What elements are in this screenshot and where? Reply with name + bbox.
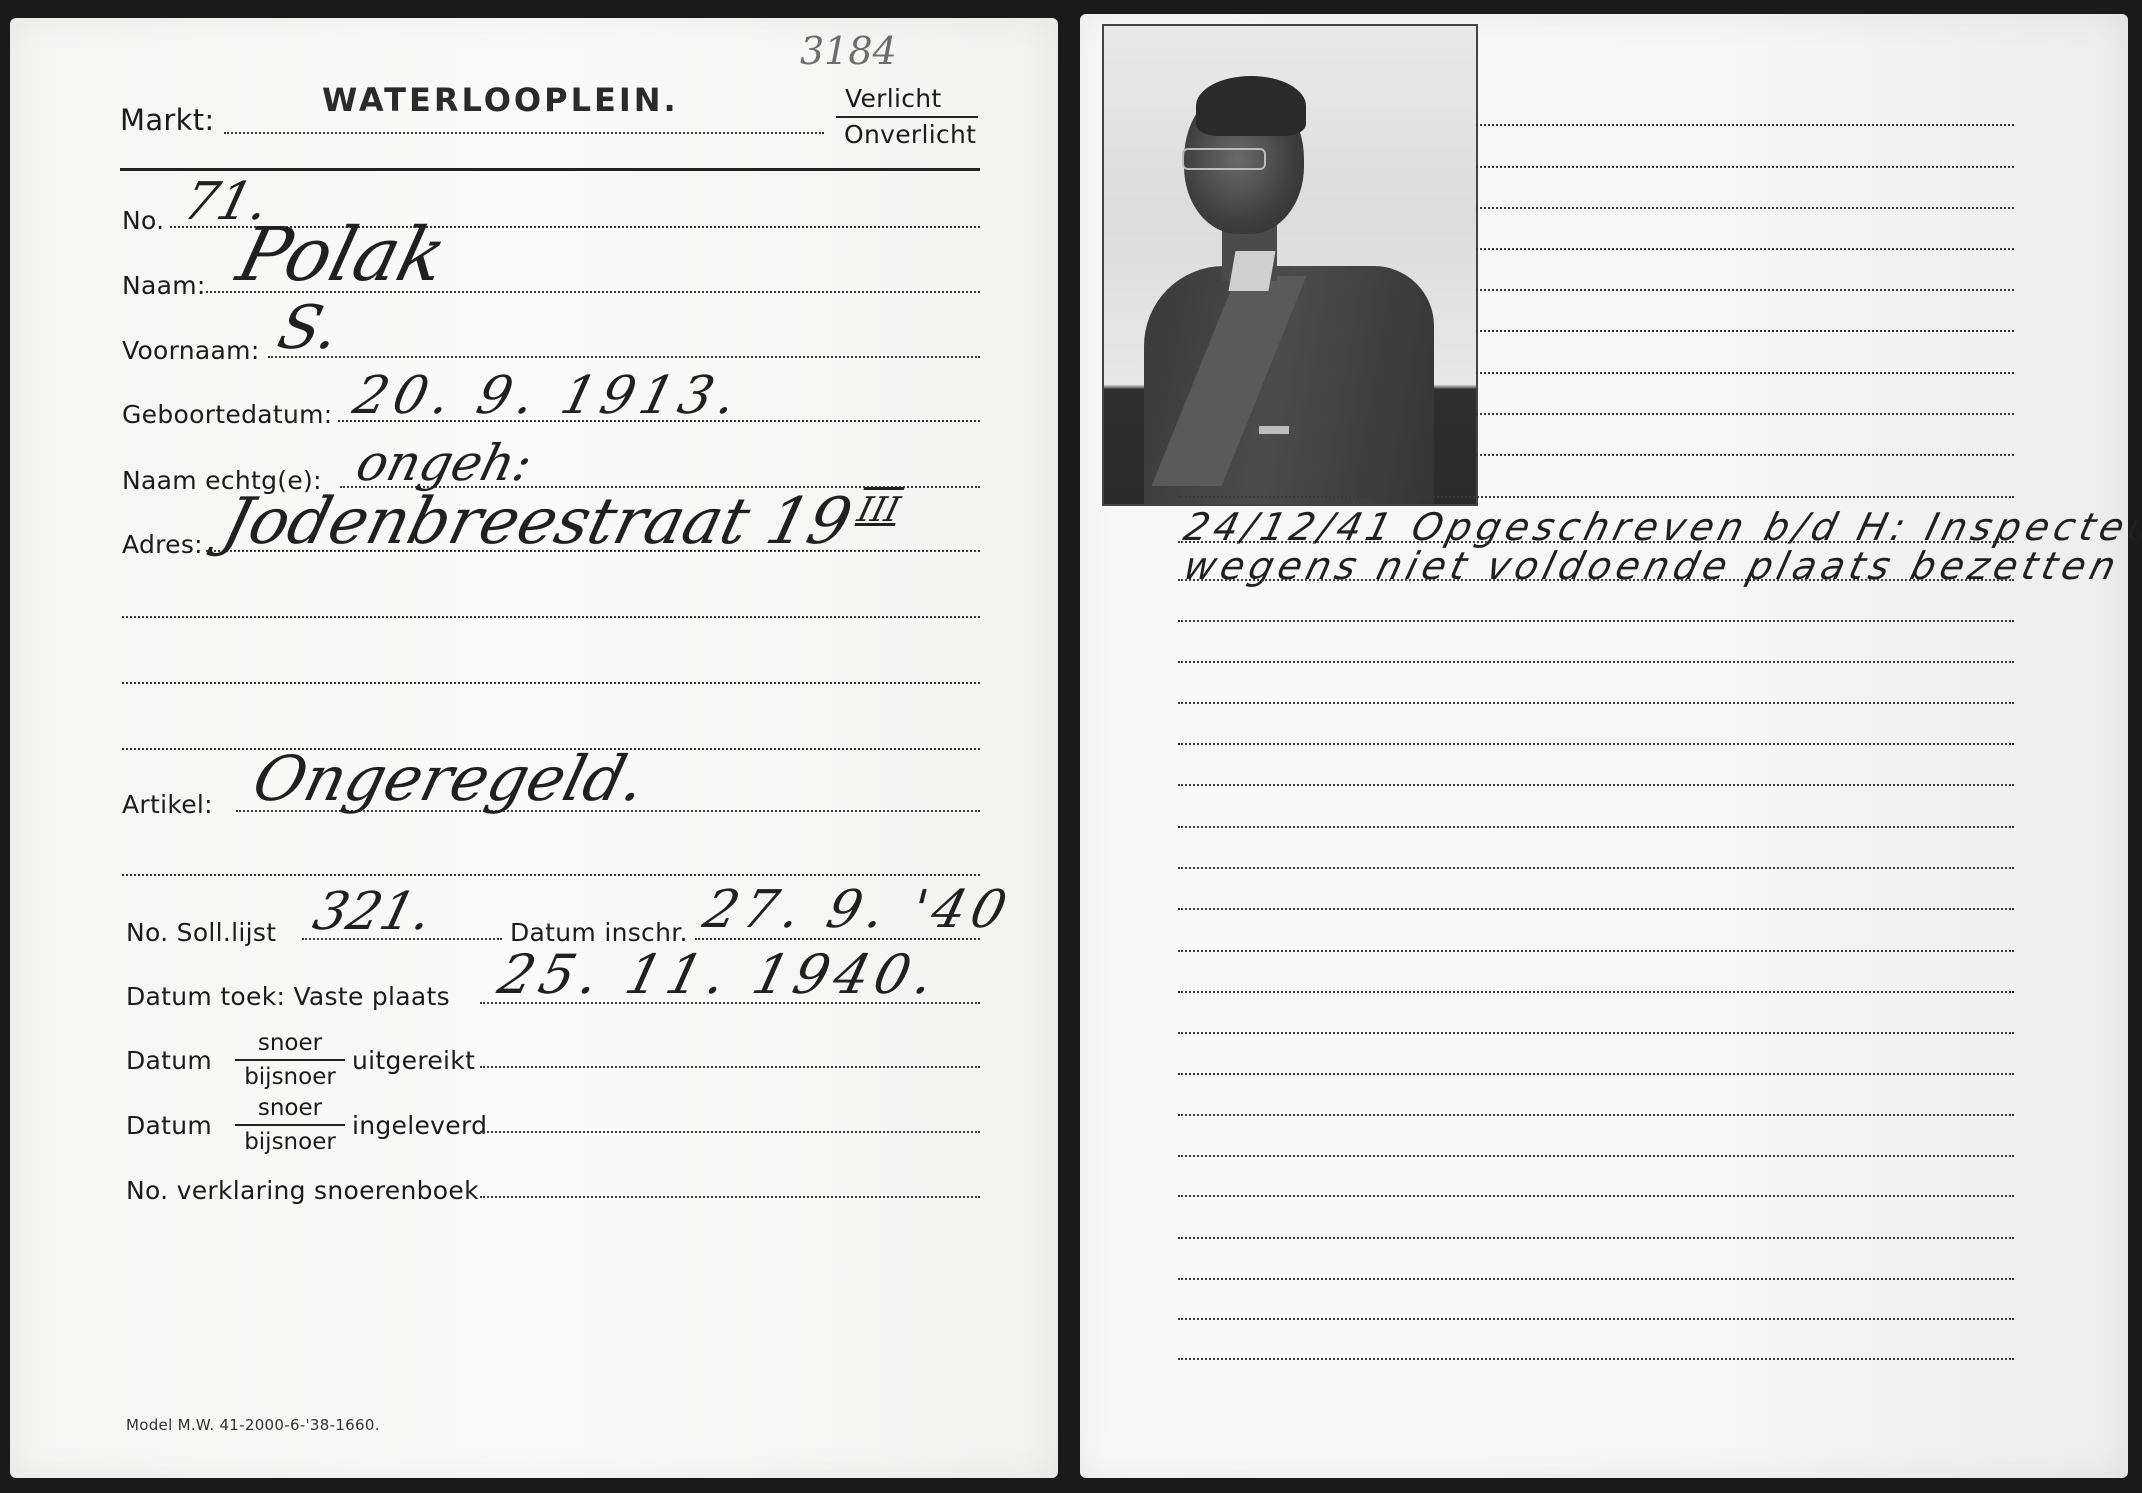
market-label: Markt: — [120, 106, 214, 135]
field-value-voornaam: S. — [273, 298, 346, 358]
blank-line-2 — [122, 682, 980, 684]
field-suffix-ingeleverd: ingeleverd — [352, 1113, 487, 1138]
field-value-naam-echtgenote: ongeh: — [352, 438, 537, 488]
field-value-no-soll-lijst: 321. — [309, 886, 438, 938]
ruled-line — [1476, 289, 2014, 291]
field-value-artikel: Ongeregeld. — [247, 748, 652, 810]
portrait-photo — [1102, 24, 1478, 506]
field-value-adres: Jodenbreestraat 19III — [217, 490, 904, 554]
ruled-line — [1178, 950, 2014, 952]
market-registration-card-back: 24/12/41 Opgeschreven b/d H: Inspecteur … — [1080, 14, 2128, 1478]
field-line-datum-ingeleverd — [480, 1131, 980, 1133]
ruled-line — [1178, 620, 2014, 622]
field-label-no-soll-lijst: No. Soll.lijst — [126, 920, 276, 945]
photo-collar — [1228, 251, 1275, 291]
field-label-datum-inschr: Datum inschr. — [510, 920, 688, 945]
field-label-verklaring-snoerenboek: No. verklaring snoerenboek — [126, 1178, 479, 1203]
ruled-line — [1476, 248, 2014, 250]
field-line-voornaam — [268, 356, 980, 358]
ruled-line — [1178, 702, 2014, 704]
field-label-datum-uitgereikt: Datum — [126, 1048, 212, 1073]
field-line-datum-uitgereikt — [480, 1066, 980, 1068]
ruled-line — [1178, 1358, 2014, 1360]
snoer-bijsnoer-fraction-2: snoer bijsnoer — [235, 1097, 345, 1154]
field-value-geboortedatum: 20. 9. 1913. — [349, 370, 748, 422]
field-value-naam: Polak — [231, 218, 453, 292]
field-suffix-uitgereikt: uitgereikt — [352, 1048, 475, 1073]
field-label-geboortedatum: Geboortedatum: — [122, 402, 333, 427]
ruled-line — [1178, 661, 2014, 663]
note-line-2: wegens niet voldoende plaats bezetten — [1180, 547, 2124, 585]
ruled-line — [1178, 1155, 2014, 1157]
fraction-bottom: bijsnoer — [235, 1126, 345, 1154]
ruled-line — [1178, 867, 2014, 869]
ruled-line — [1178, 743, 2014, 745]
lighting-fraction-bar — [836, 116, 978, 118]
field-label-datum-ingeleverd: Datum — [126, 1113, 212, 1138]
market-registration-card-front: Markt: WATERLOOPLEIN. 3184 Verlicht Onve… — [10, 18, 1058, 1478]
address-floor: III — [854, 490, 904, 530]
photo-hair — [1196, 76, 1306, 136]
ruled-line — [1476, 166, 2014, 168]
photo-glasses — [1182, 148, 1266, 170]
blank-line-1 — [122, 616, 980, 618]
ruled-line — [1178, 1278, 2014, 1280]
fraction-bottom: bijsnoer — [235, 1061, 345, 1089]
ruled-line — [1178, 496, 2014, 498]
ruled-line — [1476, 330, 2014, 332]
photo-pocket-square — [1259, 426, 1289, 434]
ruled-line — [1476, 372, 2014, 374]
field-label-datum-toek: Datum toek: Vaste plaats — [126, 984, 450, 1009]
header-rule — [120, 168, 980, 171]
ruled-line — [1476, 207, 2014, 209]
snoer-bijsnoer-fraction-1: snoer bijsnoer — [235, 1032, 345, 1089]
form-model-footer: Model M.W. 41-2000-6-'38-1660. — [126, 1416, 380, 1434]
market-line — [224, 132, 824, 134]
ruled-line — [1178, 1195, 2014, 1197]
field-label-artikel: Artikel: — [122, 792, 213, 817]
field-label-naam: Naam: — [122, 273, 206, 298]
field-label-adres: Adres: — [122, 532, 203, 557]
ruled-line — [1178, 784, 2014, 786]
field-value-datum-toek: 25. 11. 1940. — [493, 948, 945, 1002]
fraction-top: snoer — [235, 1097, 345, 1126]
lighting-option-onverlicht: Onverlicht — [844, 122, 976, 147]
field-line-verklaring-snoerenboek — [480, 1196, 980, 1198]
ruled-line — [1476, 413, 2014, 415]
ruled-line — [1178, 991, 2014, 993]
ruled-line — [1178, 1237, 2014, 1239]
ruled-line — [1178, 1318, 2014, 1320]
ruled-line — [1476, 454, 2014, 456]
lighting-option-verlicht: Verlicht — [845, 86, 942, 111]
ruled-line — [1178, 908, 2014, 910]
ruled-line — [1178, 1032, 2014, 1034]
field-label-no: No. — [122, 208, 164, 233]
market-value-stamp: WATERLOOPLEIN. — [322, 84, 679, 116]
field-value-datum-inschr: 27. 9. '40 — [699, 884, 1018, 936]
field-label-voornaam: Voornaam: — [122, 338, 260, 363]
ruled-line — [1476, 124, 2014, 126]
card-number-pencil: 3184 — [800, 32, 897, 70]
blank-line-4 — [122, 874, 980, 876]
note-line-1: 24/12/41 Opgeschreven b/d H: Inspecteur — [1180, 508, 2142, 546]
address-street: Jodenbreestraat 19 — [216, 485, 859, 559]
ruled-line — [1178, 826, 2014, 828]
fraction-top: snoer — [235, 1032, 345, 1061]
ruled-line — [1178, 1073, 2014, 1075]
ruled-line — [1178, 1114, 2014, 1116]
